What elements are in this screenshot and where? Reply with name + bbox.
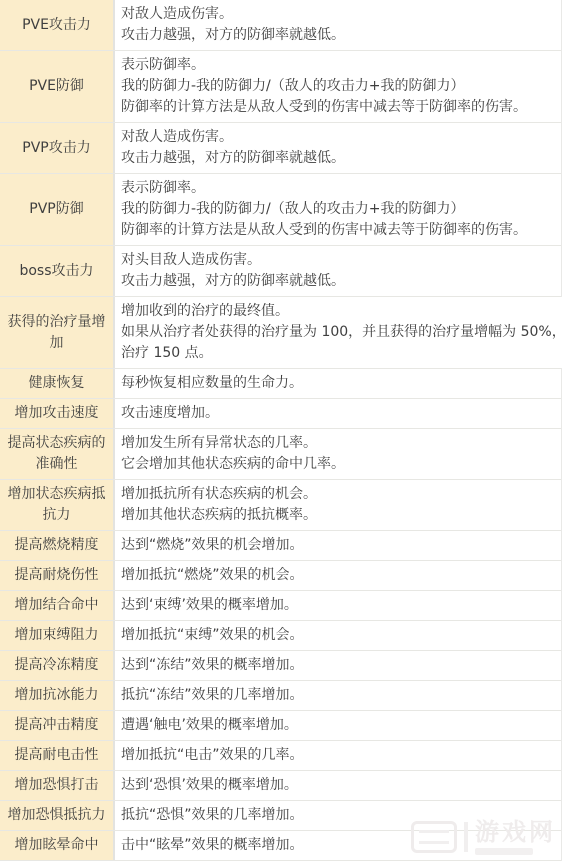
table-row: PVE防御表示防御率。我的防御力-我的防御力/（敌人的攻击力+我的防御力）防御率… — [0, 51, 561, 123]
stat-desc-line: 增加收到的治疗的最终值。 — [121, 301, 562, 322]
stat-name-cell: 提高冲击精度 — [0, 711, 115, 740]
stat-name-cell: PVP防御 — [0, 174, 115, 245]
stat-desc-line: 增加抵抗“燃烧”效果的机会。 — [121, 565, 555, 586]
stat-desc-cell: 每秒恢复相应数量的生命力。 — [115, 369, 561, 398]
stat-desc-cell: 对敌人造成伤害。攻击力越强，对方的防御率就越低。 — [115, 0, 561, 50]
stat-name-cell: 健康恢复 — [0, 369, 115, 398]
stat-desc-line: 达到‘束缚’效果的概率增加。 — [121, 595, 555, 616]
stat-desc-line: 每秒恢复相应数量的生命力。 — [121, 373, 555, 394]
table-row: 增加束缚阻力增加抵抗“束缚”效果的机会。 — [0, 621, 561, 651]
stat-desc-line: 增加抵抗“束缚”效果的机会。 — [121, 625, 555, 646]
stat-desc-line: 对敌人造成伤害。 — [121, 127, 555, 148]
stat-name-cell: 增加状态疾病抵抗力 — [0, 480, 115, 530]
stat-desc-line: 增加抵抗所有状态疾病的机会。 — [121, 484, 555, 505]
table-row: PVE攻击力对敌人造成伤害。攻击力越强，对方的防御率就越低。 — [0, 0, 561, 51]
table-row: boss攻击力对头目敌人造成伤害。攻击力越强，对方的防御率就越低。 — [0, 246, 561, 297]
stat-desc-line: 表示防御率。 — [121, 55, 555, 76]
stat-desc-line: 防御率的计算方法是从敌人受到的伤害中减去等于防御率的伤害。 — [121, 97, 555, 118]
stat-name-cell: 提高状态疾病的准确性 — [0, 429, 115, 479]
table-row: 增加恐惧抵抗力抵抗“恐惧”效果的几率增加。 — [0, 801, 561, 831]
stat-desc-line: 我的防御力-我的防御力/（敌人的攻击力+我的防御力） — [121, 199, 555, 220]
stat-desc-cell: 增加抵抗“燃烧”效果的机会。 — [115, 561, 561, 590]
table-row: 提高冲击精度遭遇‘触电’效果的概率增加。 — [0, 711, 561, 741]
table-row: 获得的治疗量增加增加收到的治疗的最终值。如果从治疗者处获得的治疗量为 100，并… — [0, 297, 561, 369]
stat-desc-line: 达到‘恐惧’效果的概率增加。 — [121, 775, 555, 796]
stats-table: PVE攻击力对敌人造成伤害。攻击力越强，对方的防御率就越低。PVE防御表示防御率… — [0, 0, 562, 861]
stat-desc-line: 治疗 150 点。 — [121, 343, 562, 364]
stat-desc-cell: 增加抵抗所有状态疾病的机会。增加其他状态疾病的抵抗概率。 — [115, 480, 561, 530]
stat-name-cell: 增加恐惧打击 — [0, 771, 115, 800]
stat-desc-cell: 达到“燃烧”效果的机会增加。 — [115, 531, 561, 560]
stat-name-cell: 提高耐烧伤性 — [0, 561, 115, 590]
stat-name-cell: 增加攻击速度 — [0, 399, 115, 428]
stat-desc-line: 抵抗“冻结”效果的几率增加。 — [121, 685, 555, 706]
stat-desc-line: 对头目敌人造成伤害。 — [121, 250, 555, 271]
table-row: PVP攻击力对敌人造成伤害。攻击力越强，对方的防御率就越低。 — [0, 123, 561, 174]
stat-desc-cell: 遭遇‘触电’效果的概率增加。 — [115, 711, 561, 740]
stat-desc-line: 如果从治疗者处获得的治疗量为 100，并且获得的治疗量增幅为 50%， — [121, 322, 562, 343]
stat-desc-cell: 抵抗“冻结”效果的几率增加。 — [115, 681, 561, 710]
stat-name-cell: PVE攻击力 — [0, 0, 115, 50]
stat-desc-line: 我的防御力-我的防御力/（敌人的攻击力+我的防御力） — [121, 76, 555, 97]
table-row: 增加结合命中达到‘束缚’效果的概率增加。 — [0, 591, 561, 621]
table-row: PVP防御表示防御率。我的防御力-我的防御力/（敌人的攻击力+我的防御力）防御率… — [0, 174, 561, 246]
table-row: 提高耐电击性增加抵抗“电击”效果的几率。 — [0, 741, 561, 771]
stat-name-cell: 增加眩晕命中 — [0, 831, 115, 860]
stat-name-cell: PVE防御 — [0, 51, 115, 122]
stat-desc-cell: 增加抵抗“束缚”效果的机会。 — [115, 621, 561, 650]
stat-desc-line: 击中“眩晕”效果的概率增加。 — [121, 835, 555, 856]
stat-name-cell: 提高冷冻精度 — [0, 651, 115, 680]
stat-desc-cell: 增加收到的治疗的最终值。如果从治疗者处获得的治疗量为 100，并且获得的治疗量增… — [115, 297, 562, 368]
table-row: 增加眩晕命中击中“眩晕”效果的概率增加。 — [0, 831, 561, 861]
stat-desc-line: 攻击力越强，对方的防御率就越低。 — [121, 148, 555, 169]
stat-desc-cell: 对敌人造成伤害。攻击力越强，对方的防御率就越低。 — [115, 123, 561, 173]
stat-name-cell: 提高燃烧精度 — [0, 531, 115, 560]
stat-desc-line: 抵抗“恐惧”效果的几率增加。 — [121, 805, 555, 826]
table-row: 提高燃烧精度达到“燃烧”效果的机会增加。 — [0, 531, 561, 561]
table-row: 增加抗冰能力抵抗“冻结”效果的几率增加。 — [0, 681, 561, 711]
stat-desc-cell: 表示防御率。我的防御力-我的防御力/（敌人的攻击力+我的防御力）防御率的计算方法… — [115, 51, 561, 122]
stat-name-cell: 增加束缚阻力 — [0, 621, 115, 650]
stat-name-cell: 获得的治疗量增加 — [0, 297, 115, 368]
stat-desc-cell: 增加抵抗“电击”效果的几率。 — [115, 741, 561, 770]
stat-name-cell: 增加结合命中 — [0, 591, 115, 620]
table-row: 增加状态疾病抵抗力增加抵抗所有状态疾病的机会。增加其他状态疾病的抵抗概率。 — [0, 480, 561, 531]
table-row: 提高冷冻精度达到“冻结”效果的概率增加。 — [0, 651, 561, 681]
stat-desc-cell: 抵抗“恐惧”效果的几率增加。 — [115, 801, 561, 830]
stat-desc-line: 防御率的计算方法是从敌人受到的伤害中减去等于防御率的伤害。 — [121, 220, 555, 241]
stat-desc-line: 达到“冻结”效果的概率增加。 — [121, 655, 555, 676]
stat-desc-cell: 增加发生所有异常状态的几率。它会增加其他状态疾病的命中几率。 — [115, 429, 561, 479]
stat-desc-line: 对敌人造成伤害。 — [121, 4, 555, 25]
stat-name-cell: PVP攻击力 — [0, 123, 115, 173]
stat-name-cell: 增加恐惧抵抗力 — [0, 801, 115, 830]
stat-desc-line: 增加抵抗“电击”效果的几率。 — [121, 745, 555, 766]
stat-desc-line: 增加其他状态疾病的抵抗概率。 — [121, 505, 555, 526]
stat-desc-line: 攻击速度增加。 — [121, 403, 555, 424]
table-row: 提高状态疾病的准确性增加发生所有异常状态的几率。它会增加其他状态疾病的命中几率。 — [0, 429, 561, 480]
table-row: 增加恐惧打击达到‘恐惧’效果的概率增加。 — [0, 771, 561, 801]
table-row: 提高耐烧伤性增加抵抗“燃烧”效果的机会。 — [0, 561, 561, 591]
stat-desc-line: 达到“燃烧”效果的机会增加。 — [121, 535, 555, 556]
stat-desc-cell: 达到‘束缚’效果的概率增加。 — [115, 591, 561, 620]
stat-desc-line: 遭遇‘触电’效果的概率增加。 — [121, 715, 555, 736]
stat-name-cell: boss攻击力 — [0, 246, 115, 296]
stat-desc-line: 攻击力越强，对方的防御率就越低。 — [121, 271, 555, 292]
stat-desc-cell: 达到‘恐惧’效果的概率增加。 — [115, 771, 561, 800]
stat-name-cell: 提高耐电击性 — [0, 741, 115, 770]
stat-desc-line: 表示防御率。 — [121, 178, 555, 199]
stat-desc-line: 增加发生所有异常状态的几率。 — [121, 433, 555, 454]
stat-desc-cell: 达到“冻结”效果的概率增加。 — [115, 651, 561, 680]
table-row: 增加攻击速度攻击速度增加。 — [0, 399, 561, 429]
stat-desc-cell: 表示防御率。我的防御力-我的防御力/（敌人的攻击力+我的防御力）防御率的计算方法… — [115, 174, 561, 245]
stat-desc-cell: 攻击速度增加。 — [115, 399, 561, 428]
stat-name-cell: 增加抗冰能力 — [0, 681, 115, 710]
stat-desc-line: 攻击力越强，对方的防御率就越低。 — [121, 25, 555, 46]
table-row: 健康恢复每秒恢复相应数量的生命力。 — [0, 369, 561, 399]
stat-desc-cell: 击中“眩晕”效果的概率增加。 — [115, 831, 561, 860]
stat-desc-cell: 对头目敌人造成伤害。攻击力越强，对方的防御率就越低。 — [115, 246, 561, 296]
stat-desc-line: 它会增加其他状态疾病的命中几率。 — [121, 454, 555, 475]
page: PVE攻击力对敌人造成伤害。攻击力越强，对方的防御率就越低。PVE防御表示防御率… — [0, 0, 562, 861]
